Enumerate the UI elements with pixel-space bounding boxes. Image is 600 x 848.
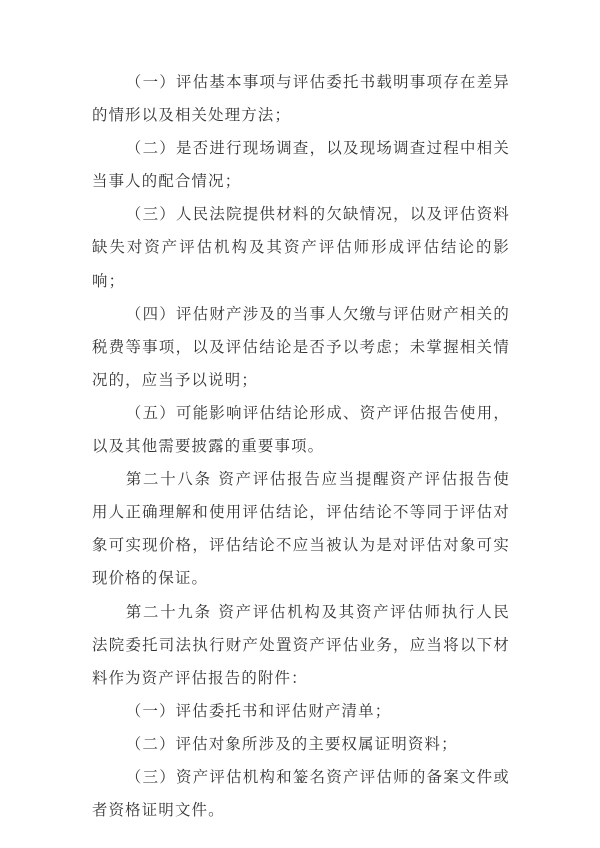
paragraph-item-4-tax-arrears: （四）评估财产涉及的当事人欠缴与评估财产相关的税费等事项，以及评估结论是否予以考… — [92, 298, 510, 397]
paragraph-item-1-discrepancy: （一）评估基本事项与评估委托书载明事项存在差异的情形以及相关处理方法； — [92, 66, 510, 132]
attachment-item-1: （一）评估委托书和评估财产清单； — [92, 695, 510, 728]
paragraph-item-3-missing-materials: （三）人民法院提供材料的欠缺情况，以及评估资料缺失对资产评估机构及其资产评估师形… — [92, 198, 510, 297]
article-28: 第二十八条 资产评估报告应当提醒资产评估报告使用人正确理解和使用评估结论，评估结… — [92, 463, 510, 595]
attachment-item-2: （二）评估对象所涉及的主要权属证明资料； — [92, 728, 510, 761]
paragraph-item-2-site-survey: （二）是否进行现场调查，以及现场调查过程中相关当事人的配合情况； — [92, 132, 510, 198]
paragraph-item-5-other-matters: （五）可能影响评估结论形成、资产评估报告使用，以及其他需要披露的重要事项。 — [92, 397, 510, 463]
article-29: 第二十九条 资产评估机构及其资产评估师执行人民法院委托司法执行财产处置资产评估业… — [92, 596, 510, 695]
document-page: （一）评估基本事项与评估委托书载明事项存在差异的情形以及相关处理方法； （二）是… — [0, 0, 600, 848]
page-number: 8 — [0, 774, 600, 786]
document-body: （一）评估基本事项与评估委托书载明事项存在差异的情形以及相关处理方法； （二）是… — [92, 66, 510, 827]
attachment-item-3: （三）资产评估机构和签名资产评估师的备案文件或者资格证明文件。 — [92, 761, 510, 827]
